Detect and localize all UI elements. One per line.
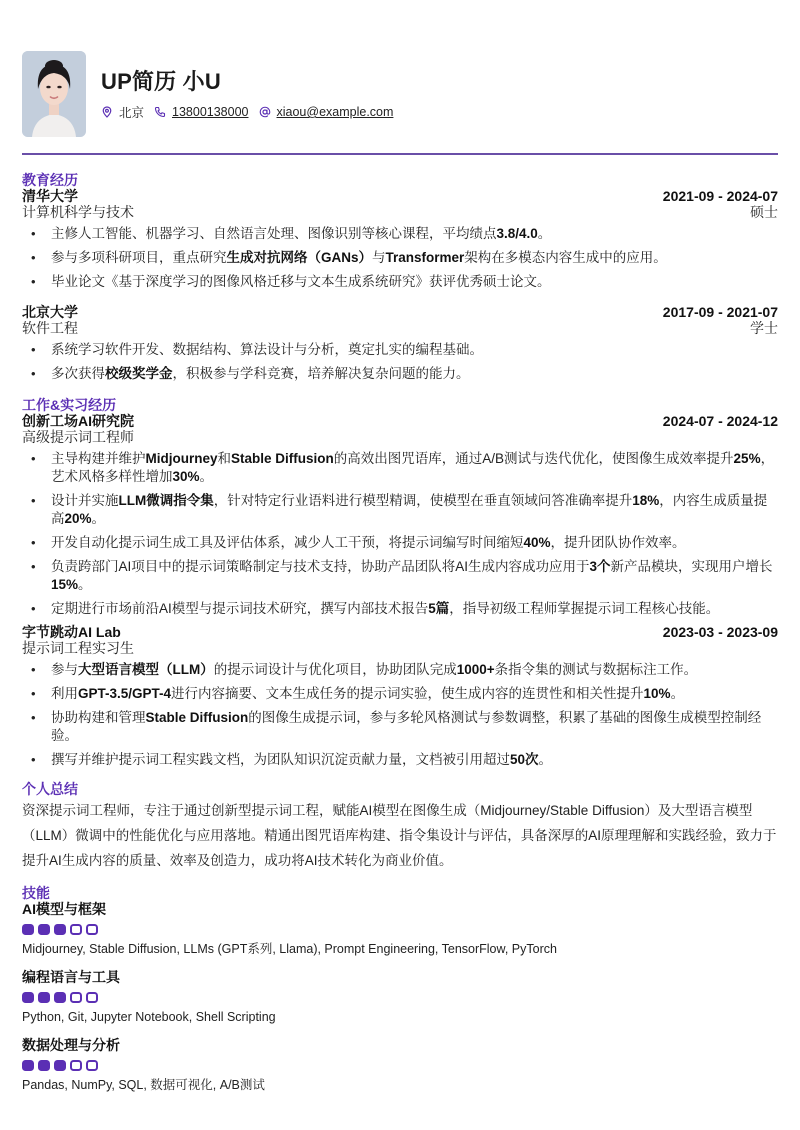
bullet-list: 参与大型语言模型（LLM）的提示词设计与优化项目，协助团队完成1000+条指令集… (22, 661, 778, 769)
section-title-summary: 个人总结 (22, 781, 778, 797)
summary-section: 个人总结 资深提示词工程师，专注于通过创新型提示词工程，赋能AI模型在图像生成（… (22, 781, 778, 873)
bullet-item: 协助构建和管理Stable Diffusion的图像生成提示词，参与多轮风格测试… (22, 709, 778, 745)
school-name: 北京大学 (22, 304, 78, 320)
skill-level-rating (22, 1060, 778, 1071)
entry-dates: 2023-03 - 2023-09 (663, 624, 778, 640)
skill-group-name: AI模型与框架 (22, 901, 778, 917)
degree: 硕士 (750, 204, 778, 220)
degree: 学士 (750, 320, 778, 336)
summary-text: 资深提示词工程师，专注于通过创新型提示词工程，赋能AI模型在图像生成（Midjo… (22, 798, 778, 873)
email-link[interactable]: xiaou@example.com (277, 105, 394, 119)
work-entry: 字节跳动AI Lab 2023-03 - 2023-09 提示词工程实习生 参与… (22, 624, 778, 769)
education-section: 教育经历 清华大学 2021-09 - 2024-07 计算机科学与技术 硕士 … (22, 172, 778, 383)
resume-page: UP简历 小U 北京 13800138000 xiaou@example.com… (22, 0, 778, 1093)
bullet-item: 系统学习软件开发、数据结构、算法设计与分析，奠定扎实的编程基础。 (22, 341, 778, 359)
rating-dot-empty-icon (70, 924, 82, 935)
section-title-work: 工作&实习经历 (22, 397, 778, 413)
bullet-list: 主修人工智能、机器学习、自然语言处理、图像识别等核心课程，平均绩点3.8/4.0… (22, 225, 778, 291)
work-entry: 创新工场AI研究院 2024-07 - 2024-12 高级提示词工程师 主导构… (22, 413, 778, 618)
profile-photo (22, 51, 86, 137)
rating-dot-empty-icon (86, 924, 98, 935)
location-text: 北京 (119, 103, 144, 121)
skill-items: Python, Git, Jupyter Notebook, Shell Scr… (22, 1009, 778, 1025)
entry-dates: 2021-09 - 2024-07 (663, 188, 778, 204)
bullet-item: 毕业论文《基于深度学习的图像风格迁移与文本生成系统研究》获评优秀硕士论文。 (22, 273, 778, 291)
job-role: 提示词工程实习生 (22, 640, 134, 656)
rating-dot-empty-icon (70, 1060, 82, 1071)
skill-group-name: 编程语言与工具 (22, 969, 778, 985)
skill-level-rating (22, 924, 778, 935)
bullet-item: 参与大型语言模型（LLM）的提示词设计与优化项目，协助团队完成1000+条指令集… (22, 661, 778, 679)
bullet-list: 系统学习软件开发、数据结构、算法设计与分析，奠定扎实的编程基础。多次获得校级奖学… (22, 341, 778, 383)
bullet-item: 设计并实施LLM微调指令集，针对特定行业语料进行模型精调，使模型在垂直领域问答准… (22, 492, 778, 528)
bullet-item: 参与多项科研项目，重点研究生成对抗网络（GANs）与Transformer架构在… (22, 249, 778, 267)
skills-section: 技能 AI模型与框架 Midjourney, Stable Diffusion,… (22, 885, 778, 1093)
skill-group: 编程语言与工具 Python, Git, Jupyter Notebook, S… (22, 969, 778, 1025)
phone-icon (154, 106, 166, 118)
rating-dot-empty-icon (70, 992, 82, 1003)
candidate-name: UP简历 小U (101, 65, 221, 96)
contact-row: 北京 13800138000 xiaou@example.com (101, 103, 403, 121)
header-divider (22, 153, 778, 155)
bullet-list: 主导构建并维护Midjourney和Stable Diffusion的高效出图咒… (22, 450, 778, 618)
major: 软件工程 (22, 320, 78, 336)
rating-dot-empty-icon (86, 992, 98, 1003)
skill-items: Midjourney, Stable Diffusion, LLMs (GPT系… (22, 941, 778, 957)
skill-group-name: 数据处理与分析 (22, 1037, 778, 1053)
major: 计算机科学与技术 (22, 204, 134, 220)
bullet-item: 主修人工智能、机器学习、自然语言处理、图像识别等核心课程，平均绩点3.8/4.0… (22, 225, 778, 243)
section-title-education: 教育经历 (22, 172, 778, 188)
bullet-item: 负责跨部门AI项目中的提示词策略制定与技术支持，协助产品团队将AI生成内容成功应… (22, 558, 778, 594)
skill-level-rating (22, 992, 778, 1003)
skill-group: 数据处理与分析 Pandas, NumPy, SQL, 数据可视化, A/B测试 (22, 1037, 778, 1093)
rating-dot-empty-icon (86, 1060, 98, 1071)
skill-items: Pandas, NumPy, SQL, 数据可视化, A/B测试 (22, 1077, 778, 1093)
bullet-item: 定期进行市场前沿AI模型与提示词技术研究，撰写内部技术报告5篇，指导初级工程师掌… (22, 600, 778, 618)
rating-dot-filled-icon (54, 924, 66, 935)
school-name: 清华大学 (22, 188, 78, 204)
rating-dot-filled-icon (38, 924, 50, 935)
entry-dates: 2017-09 - 2021-07 (663, 304, 778, 320)
education-entry: 清华大学 2021-09 - 2024-07 计算机科学与技术 硕士 主修人工智… (22, 188, 778, 291)
bullet-item: 主导构建并维护Midjourney和Stable Diffusion的高效出图咒… (22, 450, 778, 486)
resume-header: UP简历 小U 北京 13800138000 xiaou@example.com (22, 0, 778, 155)
rating-dot-filled-icon (22, 1060, 34, 1071)
bullet-item: 多次获得校级奖学金，积极参与学科竞赛，培养解决复杂问题的能力。 (22, 365, 778, 383)
work-section: 工作&实习经历 创新工场AI研究院 2024-07 - 2024-12 高级提示… (22, 397, 778, 769)
job-role: 高级提示词工程师 (22, 429, 134, 445)
rating-dot-filled-icon (38, 992, 50, 1003)
rating-dot-filled-icon (54, 992, 66, 1003)
education-entry: 北京大学 2017-09 - 2021-07 软件工程 学士 系统学习软件开发、… (22, 304, 778, 383)
rating-dot-filled-icon (38, 1060, 50, 1071)
rating-dot-filled-icon (54, 1060, 66, 1071)
company-name: 创新工场AI研究院 (22, 413, 134, 429)
bullet-item: 利用GPT-3.5/GPT-4进行内容摘要、文本生成任务的提示词实验，使生成内容… (22, 685, 778, 703)
portrait-icon (22, 51, 86, 137)
bullet-item: 撰写并维护提示词工程实践文档，为团队知识沉淀贡献力量，文档被引用超过50次。 (22, 751, 778, 769)
rating-dot-filled-icon (22, 992, 34, 1003)
entry-dates: 2024-07 - 2024-12 (663, 413, 778, 429)
skill-group: AI模型与框架 Midjourney, Stable Diffusion, LL… (22, 901, 778, 957)
rating-dot-filled-icon (22, 924, 34, 935)
at-sign-icon (259, 106, 271, 118)
contact-location: 北京 (101, 103, 144, 121)
bullet-item: 开发自动化提示词生成工具及评估体系，减少人工干预，将提示词编写时间缩短40%，提… (22, 534, 778, 552)
company-name: 字节跳动AI Lab (22, 624, 121, 640)
location-pin-icon (101, 106, 113, 118)
phone-link[interactable]: 13800138000 (172, 105, 248, 119)
section-title-skills: 技能 (22, 885, 778, 901)
contact-phone[interactable]: 13800138000 (154, 105, 248, 119)
contact-email[interactable]: xiaou@example.com (259, 105, 394, 119)
